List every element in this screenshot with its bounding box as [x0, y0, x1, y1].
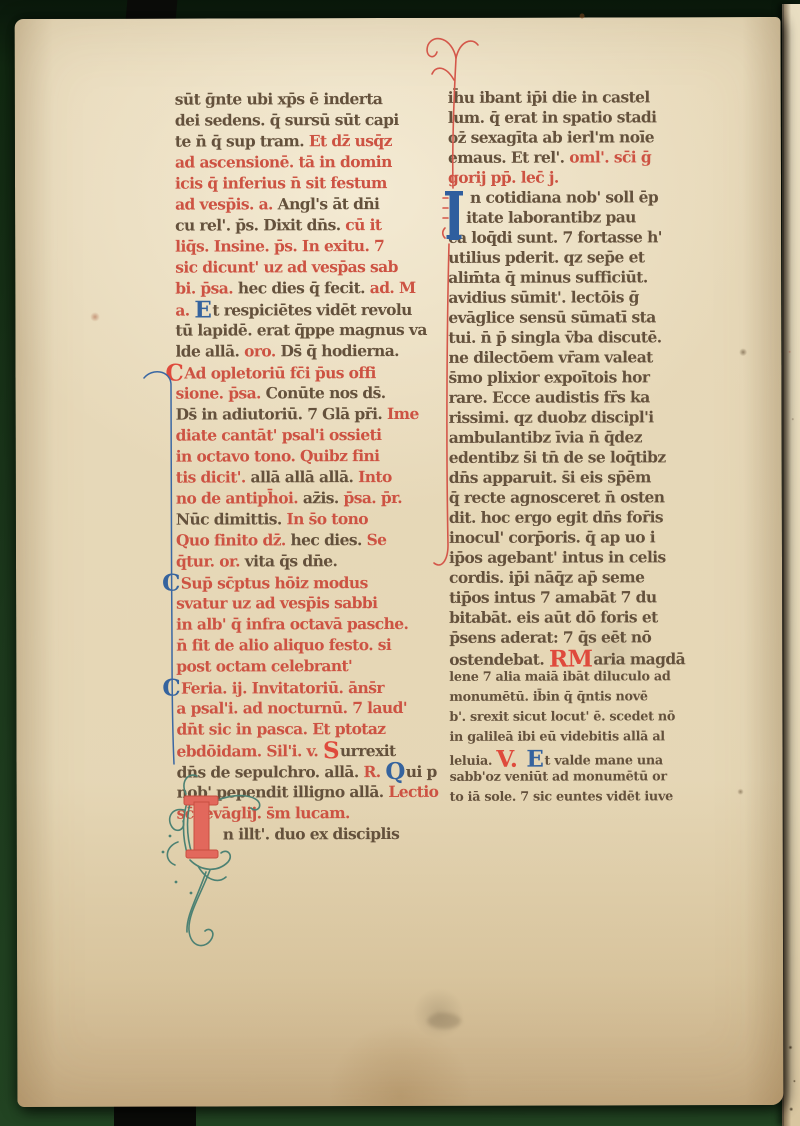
text-segment: ostendebat. — [449, 650, 549, 669]
text-segment: inocul' corp̄oris. q̄ ap uo i — [449, 527, 655, 547]
text-segment: Nūc dimittis. — [176, 509, 287, 528]
text-segment: oml'. sc̄i ḡ — [569, 147, 651, 166]
text-line: lene 7 alia maiā ibāt diluculo ad — [449, 667, 725, 688]
text-segment: p̄sa. p̄r. — [343, 488, 402, 507]
text-line: CAd opletoriū fc̄i p̄us offi — [165, 361, 429, 383]
text-segment: monumētū. ib̄in q̄ q̄ntis novē — [449, 689, 647, 705]
text-segment: alim̄ta q̄ minus sufficiūt. — [448, 267, 647, 287]
text-line: sic dicunt' uz ad vesp̄as sab — [175, 256, 429, 278]
text-segment: ca loq̄di sunt. 7 fortasse h' — [448, 227, 662, 247]
text-segment: In s̄o tono — [286, 509, 368, 528]
text-line: dn̄t sic in pasca. Et ptotaz — [176, 718, 430, 740]
text-line: liq̄s. Insine. p̄s. In exitu. 7 — [175, 235, 429, 257]
text-segment: aria magdā — [593, 649, 685, 668]
text-segment: Conūte nos ds̄. — [266, 383, 386, 402]
text-segment: ad ascensionē. tā in domin — [175, 152, 392, 172]
text-line: CFeria. ij. Invitatoriū. āns̄r — [162, 676, 430, 698]
text-segment: gorij pp̄. lec̄ j. — [448, 168, 559, 187]
text-segment: utilius pderit. qz sep̄e et — [448, 247, 644, 267]
text-segment: Ad opletoriū fc̄i p̄us offi — [184, 363, 376, 383]
text-segment: dn̄s de sepulchro. allā. — [177, 762, 364, 781]
text-segment: te n̄ q̄ sup tram. — [175, 131, 309, 150]
text-line: nob' pependit illigno allā. Lectio — [177, 781, 431, 803]
text-segment: bi. p̄sa. — [175, 278, 238, 297]
text-segment: t respiciētes vidēt revolu — [212, 300, 412, 320]
text-segment: n cotidiana nob' soll ēp — [470, 187, 658, 206]
text-segment: a psal'i. ad nocturnū. 7 laud' — [176, 698, 407, 718]
text-line: evāglice sensū sūmatī sta — [448, 307, 724, 328]
text-segment: in alb' q̄ infra octavā pasche. — [176, 614, 408, 634]
text-segment: q̄tur. or. — [176, 551, 245, 570]
text-line: in galileā ibi eū videbitis allā al — [449, 727, 725, 748]
text-segment: tip̄os intus 7 amabāt 7 du — [449, 587, 657, 607]
text-line: dn̄s de sepulchro. allā. R. Qui p — [177, 760, 431, 782]
text-line: lde allā. oro. Ds̄ q̄ hodierna. — [175, 340, 429, 362]
text-segment: Ds̄ in adiutoriū. 7 Glā pr̄i. — [176, 404, 387, 424]
text-line: inocul' corp̄oris. q̄ ap uo i — [449, 527, 725, 548]
text-line: Ds̄ in adiutoriū. 7 Glā pr̄i. Ime — [176, 403, 430, 425]
text-segment: t valde mane una — [545, 753, 663, 768]
text-line: sūt ḡnte ubi xp̄s ē inderta — [175, 88, 429, 110]
text-segment: svatur uz ad vesp̄is sabbi — [176, 593, 377, 613]
text-segment: sione. p̄sa. — [176, 383, 266, 402]
text-line: leluia. V. Et valde mane una — [449, 747, 725, 768]
text-segment: allā allā allā. — [250, 467, 358, 486]
text-line: a psal'i. ad nocturnū. 7 laud' — [176, 697, 430, 719]
text-line: ambulantibz īvia n̄ q̄dez — [449, 427, 725, 448]
text-line: rissimi. qz duobz discipl'i — [449, 407, 725, 428]
text-line: n cotidiana nob' soll ēp — [448, 187, 724, 208]
text-segment: Quo finito dz̄. — [176, 530, 291, 549]
text-segment: Et dz̄ usq̄z — [309, 131, 392, 150]
text-line: ostendebat. RMaria magdā — [449, 647, 725, 668]
text-segment: vita q̄s dn̄e. — [245, 551, 338, 570]
text-segment: rare. Ecce audistis fr̄s ka — [449, 387, 650, 407]
text-segment: sūt ḡnte ubi xp̄s ē inderta — [175, 89, 383, 109]
text-line: a. Et respiciētes vidēt revolu — [175, 298, 429, 320]
text-segment: n illt'. duo ex disciplis — [223, 824, 400, 843]
text-line: rare. Ecce audistis fr̄s ka — [449, 387, 725, 408]
text-segment: lum. q̄ erat in spatio stadi — [448, 107, 657, 127]
text-segment: dei sedens. q̄ sursū sūt capi — [175, 110, 399, 130]
text-line: ca loq̄di sunt. 7 fortasse h' — [448, 227, 724, 248]
text-line: dei sedens. q̄ sursū sūt capi — [175, 109, 429, 131]
text-segment: in galileā ibi eū videbitis allā al — [449, 729, 664, 745]
text-line: ne dilectōem vr̄am valeat — [448, 347, 724, 368]
text-segment: bitabāt. eis aūt dō foris et — [449, 607, 658, 627]
text-segment: post octam celebrant' — [176, 656, 352, 675]
text-segment: a. — [175, 301, 194, 320]
text-segment: ih̄u ibant ip̄i die in castel — [448, 87, 650, 107]
text-line: in alb' q̄ infra octavā pasche. — [176, 613, 430, 635]
text-line: in octavo tono. Quibz fini — [176, 445, 430, 467]
text-line: svatur uz ad vesp̄is sabbi — [176, 592, 430, 614]
text-segment: edentibz s̄i tn̄ de se loq̄tibz — [449, 447, 666, 467]
text-segment: sc̄i evāglij. s̄m lucam. — [177, 803, 350, 822]
page-edge-strip — [782, 4, 800, 1126]
text-segment: Ime — [387, 404, 419, 423]
text-line: q̄tur. or. vita q̄s dn̄e. — [176, 550, 430, 572]
text-line: tip̄os intus 7 amabāt 7 du — [449, 587, 725, 608]
text-line: tis dicit'. allā allā allā. Into — [176, 466, 430, 488]
text-line: n̄ fit de alio aliquo festo. si — [176, 634, 430, 656]
text-line: bitabāt. eis aūt dō foris et — [449, 607, 725, 628]
text-line: Nūc dimittis. In s̄o tono — [176, 508, 430, 530]
text-line: sc̄i evāglij. s̄m lucam. — [177, 802, 431, 824]
text-segment: Sup̄ sc̄ptus hōiz modus — [181, 573, 368, 592]
text-segment: nob' pependit illigno allā. — [177, 782, 389, 802]
text-segment: itate laborantibz pau — [466, 207, 636, 226]
text-segment: s̄mo plixior expoītois hor — [448, 367, 649, 387]
text-line: ad ascensionē. tā in domin — [175, 151, 429, 173]
right-text-column: ih̄u ibant ip̄i die in castellum. q̄ era… — [448, 87, 726, 808]
text-segment: R. — [363, 762, 385, 781]
text-segment: b'. srexit sicut locut' ē. scedet nō — [449, 709, 675, 725]
text-segment: tui. n̄ p̄ singla v̄ba discutē. — [448, 327, 661, 347]
text-segment: to iā sole. 7 sic euntes vidēt iuve — [450, 789, 673, 805]
text-segment: sic dicunt' uz ad vesp̄as sab — [175, 257, 398, 277]
text-segment: Feria. ij. Invitatoriū. āns̄r — [181, 678, 384, 698]
text-line: alim̄ta q̄ minus sufficiūt. — [448, 267, 724, 288]
text-line: b'. srexit sicut locut' ē. scedet nō — [449, 707, 725, 728]
text-line: tū lapidē. erat q̄ppe magnus va — [175, 319, 429, 341]
text-line: sione. p̄sa. Conūte nos ds̄. — [176, 382, 430, 404]
text-segment: Se — [367, 530, 387, 549]
text-line: cordis. ip̄i nāq̄z ap̄ seme — [449, 567, 725, 588]
text-segment: Ds̄ q̄ hodierna. — [280, 341, 399, 360]
text-line: oz̄ sexagīta ab ierl'm noīe — [448, 127, 724, 148]
text-line: edentibz s̄i tn̄ de se loq̄tibz — [449, 447, 725, 468]
text-segment: cū it — [345, 215, 381, 234]
text-line: cu rel'. p̄s. Dixit dn̄s. cū it — [175, 214, 429, 236]
text-line: ip̄os agebant' intus in celis — [449, 547, 725, 568]
text-line: utilius pderit. qz sep̄e et — [448, 247, 724, 268]
text-segment: dit. hoc ergo egit dn̄s for̄is — [449, 507, 663, 527]
text-segment: ad vesp̄is. a. — [175, 194, 278, 213]
text-line: CSup̄ sc̄ptus hōiz modus — [162, 571, 430, 593]
text-segment: dn̄s apparuit. s̄i eis sp̄ēm — [449, 467, 651, 487]
text-line: post octam celebrant' — [176, 655, 430, 677]
text-line: s̄mo plixior expoītois hor — [448, 367, 724, 388]
text-line: ad vesp̄is. a. Angl's āt dn̄i — [175, 193, 429, 215]
left-text-column: sūt ḡnte ubi xp̄s ē indertadei sedens. q… — [175, 88, 431, 845]
text-segment: cu rel'. p̄s. Dixit dn̄s. — [175, 215, 345, 234]
text-segment: Into — [358, 467, 392, 486]
text-segment: no de antiph̄oi. — [176, 488, 303, 507]
manuscript-page: sūt ḡnte ubi xp̄s ē indertadei sedens. q… — [15, 17, 784, 1107]
text-line: no de antiph̄oi. az̄is. p̄sa. p̄r. — [176, 487, 430, 509]
text-segment: dn̄t sic in pasca. Et ptotaz — [176, 719, 385, 739]
text-line: Quo finito dz̄. hec dies. Se — [176, 529, 430, 551]
text-line: lum. q̄ erat in spatio stadi — [448, 107, 724, 128]
text-line: sabb'oz veniūt ad monumētū or — [450, 767, 726, 788]
text-segment: hec dies. — [290, 530, 366, 549]
text-segment: leluia. — [450, 754, 497, 769]
text-segment: tis dicit'. — [176, 467, 251, 486]
text-line: diate cantāt' psal'i ossieti — [176, 424, 430, 446]
text-segment: ad. M — [370, 278, 416, 297]
text-segment: sabb'oz veniūt ad monumētū or — [450, 769, 667, 785]
text-segment: diate cantāt' psal'i ossieti — [176, 425, 382, 445]
text-segment: in octavo tono. Quibz fini — [176, 446, 380, 466]
text-segment: evāglice sensū sūmatī sta — [448, 307, 655, 327]
text-segment: ip̄os agebant' intus in celis — [449, 547, 666, 567]
text-segment: cordis. ip̄i nāq̄z ap̄ seme — [449, 567, 644, 587]
stain-speck — [580, 14, 585, 19]
text-segment: Angl's āt dn̄i — [278, 194, 380, 213]
text-line: ih̄u ibant ip̄i die in castel — [448, 87, 724, 108]
text-segment: liq̄s. Insine. p̄s. In exitu. 7 — [175, 236, 384, 256]
text-segment: oro. — [244, 341, 280, 360]
text-segment: rissimi. qz duobz discipl'i — [449, 407, 654, 427]
text-segment: hec dies q̄ fecit. — [238, 278, 370, 297]
text-segment: icis q̄ inferius n̄ sit festum — [175, 173, 387, 193]
text-line: n illt'. duo ex disciplis — [177, 823, 431, 845]
text-line: te n̄ q̄ sup tram. Et dz̄ usq̄z — [175, 130, 429, 152]
text-segment: ui p — [406, 762, 437, 781]
text-line: tui. n̄ p̄ singla v̄ba discutē. — [448, 327, 724, 348]
text-segment: lene 7 alia maiā ibāt diluculo ad — [449, 669, 670, 685]
stain-speck — [427, 1013, 461, 1029]
text-segment: Lectio — [388, 782, 438, 801]
text-line: monumētū. ib̄in q̄ q̄ntis novē — [449, 687, 725, 708]
text-line: emaus. Et rel'. oml'. sc̄i ḡ — [448, 147, 724, 168]
text-line: q̄ recte agnosceret n̄ osten — [449, 487, 725, 508]
text-line: icis q̄ inferius n̄ sit festum — [175, 172, 429, 194]
text-line: dn̄s apparuit. s̄i eis sp̄ēm — [449, 467, 725, 488]
text-segment: ebdōidam. Sil'i. v. — [176, 741, 323, 760]
text-segment: oz̄ sexagīta ab ierl'm noīe — [448, 127, 654, 147]
text-segment: tū lapidē. erat q̄ppe magnus va — [175, 320, 426, 340]
text-line: itate laborantibz pau — [448, 207, 724, 228]
text-segment: q̄ recte agnosceret n̄ osten — [449, 487, 665, 507]
text-segment: emaus. Et rel'. — [448, 148, 569, 167]
text-segment: ne dilectōem vr̄am valeat — [448, 347, 652, 367]
text-segment: ambulantibz īvia n̄ q̄dez — [449, 427, 642, 447]
text-segment: p̄sens aderat: 7 q̄s eēt nō — [449, 627, 651, 647]
text-segment: az̄is. — [303, 488, 344, 507]
text-line: gorij pp̄. lec̄ j. — [448, 167, 724, 188]
text-line: to iā sole. 7 sic euntes vidēt iuve — [450, 787, 726, 808]
text-line: avidius sūmit'. lectōis ḡ — [448, 287, 724, 308]
text-segment: avidius sūmit'. lectōis ḡ — [448, 287, 639, 306]
text-line: dit. hoc ergo egit dn̄s for̄is — [449, 507, 725, 528]
text-segment: n̄ fit de alio aliquo festo. si — [176, 635, 391, 655]
text-line: bi. p̄sa. hec dies q̄ fecit. ad. M — [175, 277, 429, 299]
text-segment: lde allā. — [175, 341, 244, 360]
